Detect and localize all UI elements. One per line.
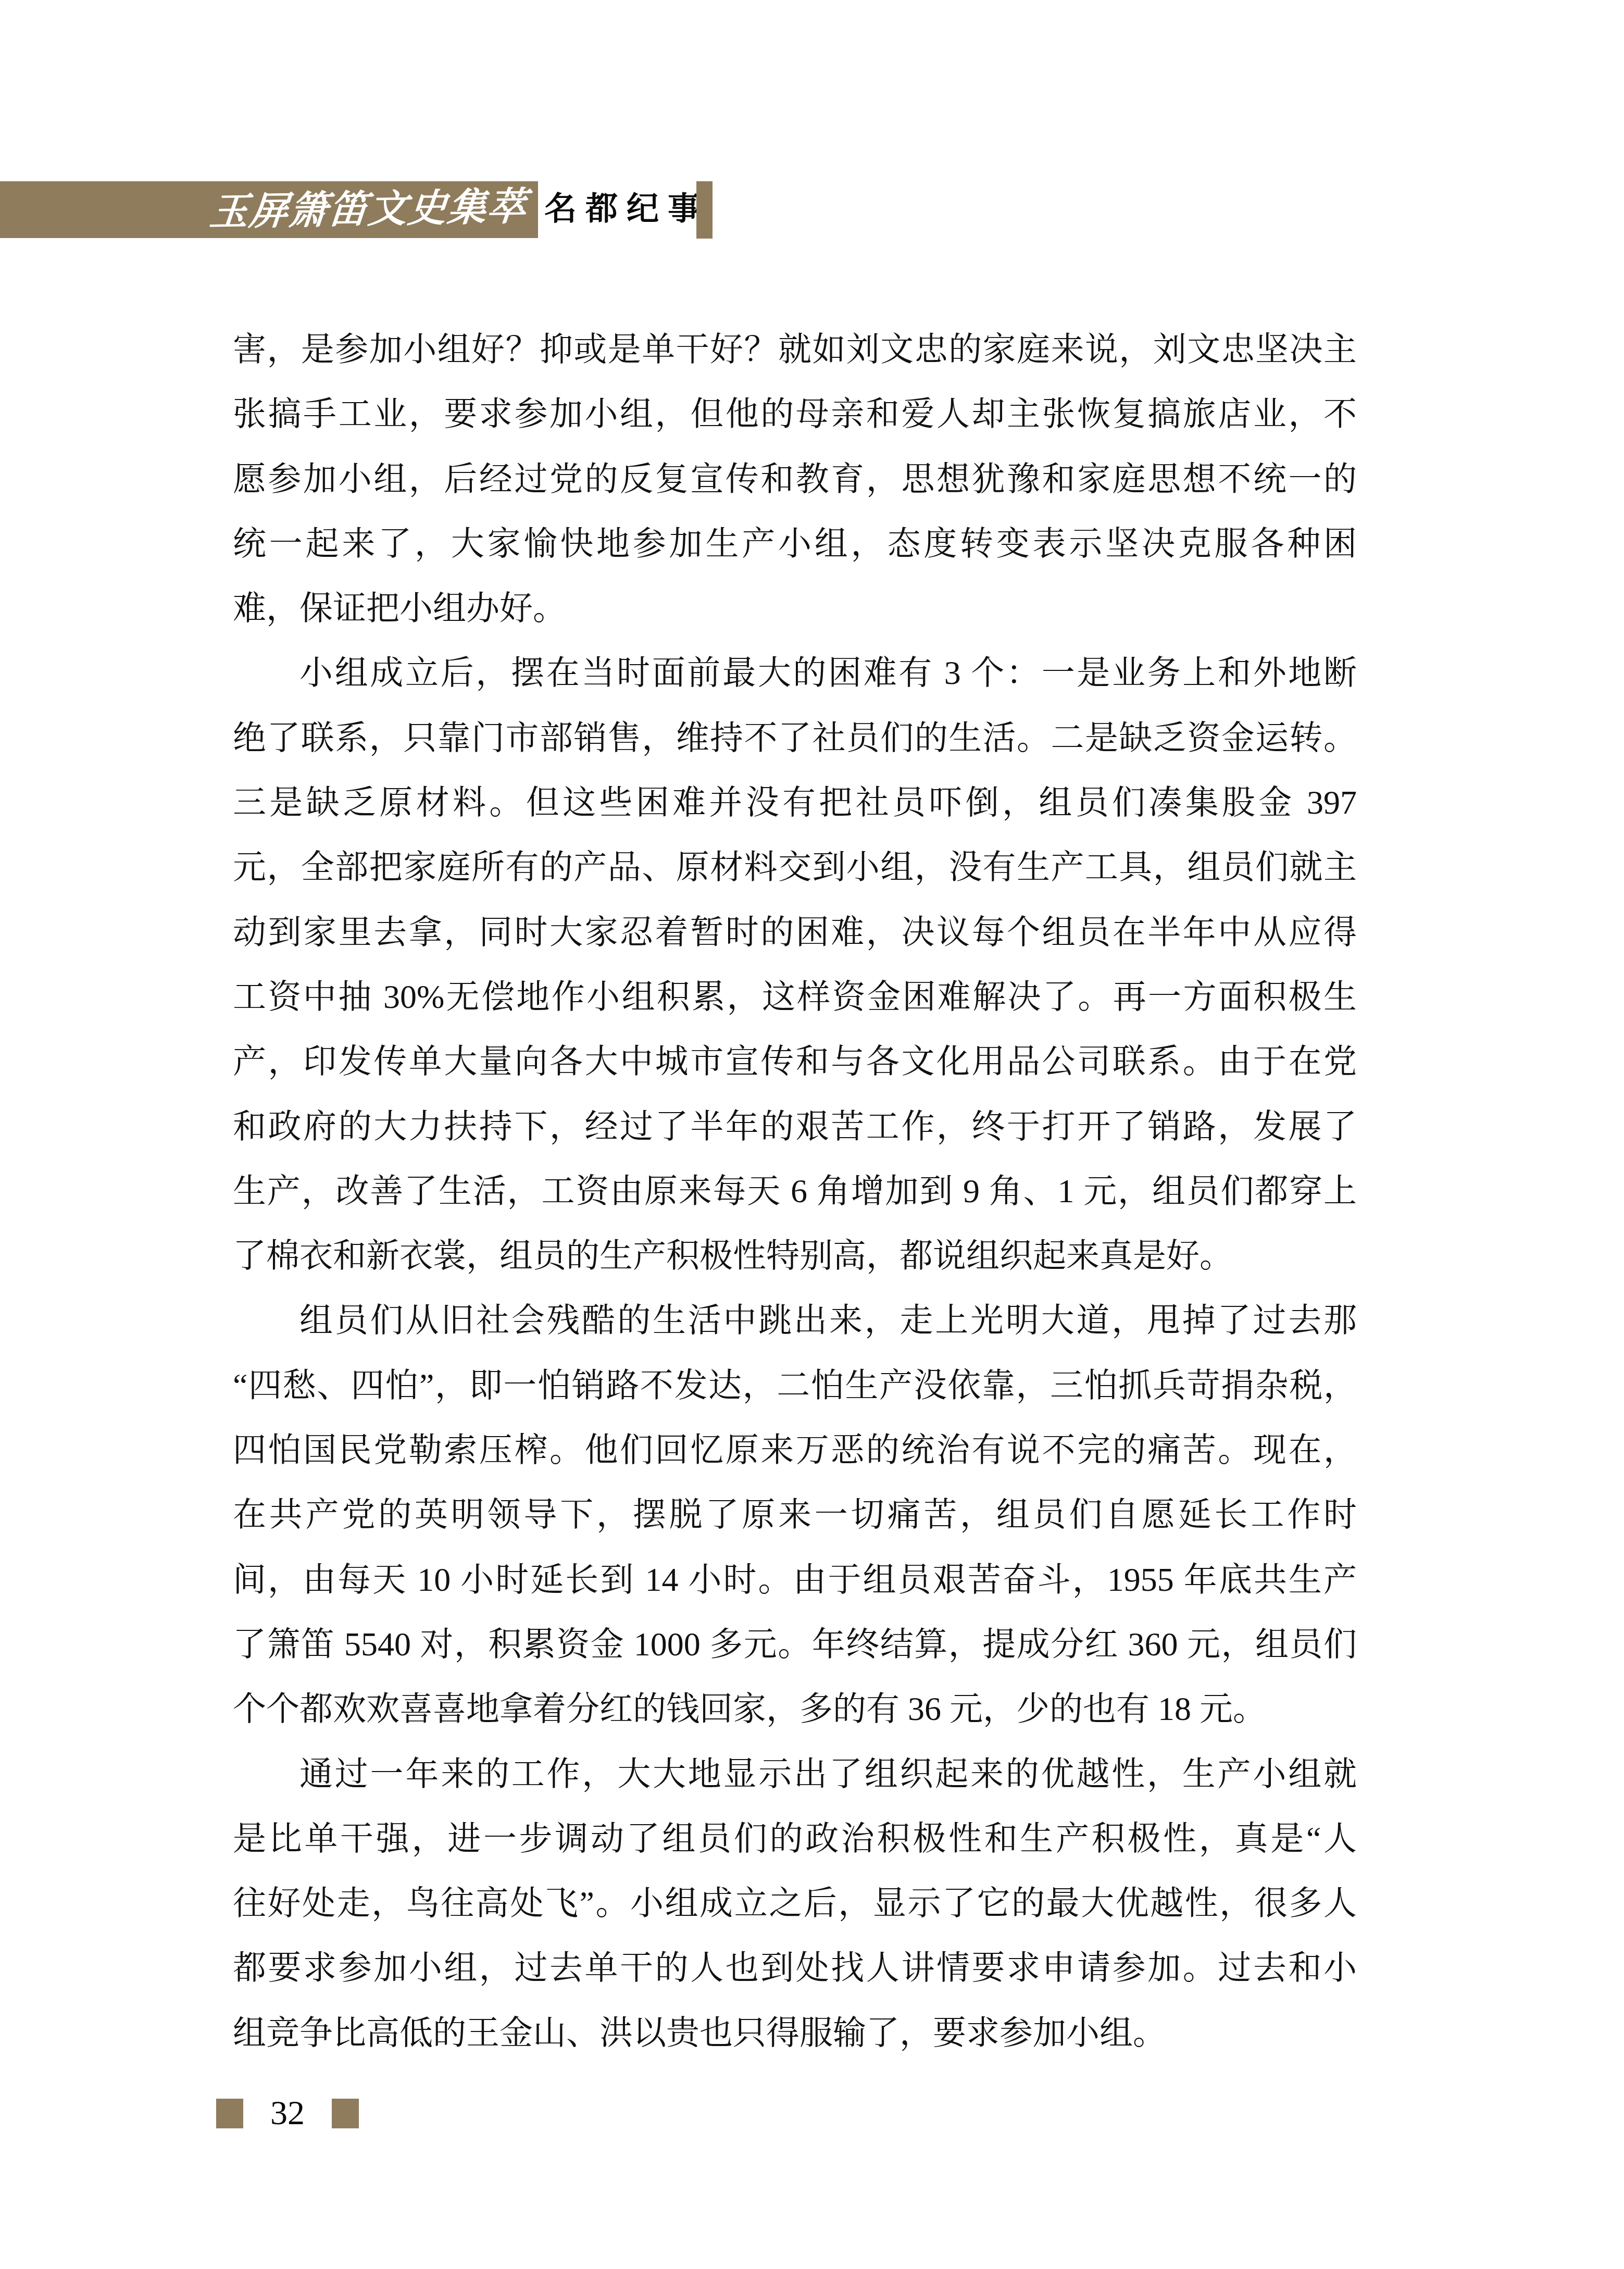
text-line: 元，全部把家庭所有的产品、原材料交到小组，没有生产工具，组员们就主 — [233, 835, 1357, 900]
text-line: 在共产党的英明领导下，摆脱了原来一切痛苦，组员们自愿延长工作时 — [233, 1482, 1357, 1547]
text-line: 小组成立后，摆在当时面前最大的困难有 3 个：一是业务上和外地断 — [233, 641, 1357, 705]
text-line: 四怕国民党勒索压榨。他们回忆原来万恶的统治有说不完的痛苦。现在， — [233, 1418, 1357, 1482]
text-line: 产，印发传单大量向各大中城市宣传和与各文化用品公司联系。由于在党 — [233, 1029, 1357, 1094]
section-title: 名都纪事 — [544, 181, 709, 238]
text-line: 通过一年来的工作，大大地显示出了组织起来的优越性，生产小组就 — [233, 1742, 1357, 1806]
text-line: 三是缺乏原材料。但这些困难并没有把社员吓倒，组员们凑集股金 397 — [233, 770, 1357, 835]
text-line: 愿参加小组，后经过党的反复宣传和教育，思想犹豫和家庭思想不统一的 — [233, 447, 1357, 512]
header-banner: 玉屏箫笛文史集萃 — [0, 181, 538, 238]
text-line: 张搞手工业，要求参加小组，但他的母亲和爱人却主张恢复搞旅店业，不 — [233, 382, 1357, 446]
text-line: 绝了联系，只靠门市部销售，维持不了社员们的生活。二是缺乏资金运转。 — [233, 706, 1357, 770]
text-line: 了箫笛 5540 对，积累资金 1000 多元。年终结算，提成分红 360 元，… — [233, 1612, 1357, 1677]
text-line: “四愁、四怕”，即一怕销路不发达，二怕生产没依靠，三怕抓兵苛捐杂税， — [233, 1353, 1357, 1418]
text-line: 组竞争比高低的王金山、洪以贵也只得服输了，要求参加小组。 — [233, 2001, 1357, 2065]
body-text: 害，是参加小组好？抑或是单干好？就如刘文忠的家庭来说，刘文忠坚决主张搞手工业，要… — [233, 317, 1357, 2065]
text-line: 了棉衣和新衣裳，组员的生产积极性特别高，都说组织起来真是好。 — [233, 1224, 1357, 1288]
text-line: 难，保证把小组办好。 — [233, 576, 1357, 641]
text-line: 工资中抽 30%无偿地作小组积累，这样资金困难解决了。再一方面积极生 — [233, 965, 1357, 1029]
text-line: 往好处走，鸟往高处飞”。小组成立之后，显示了它的最大优越性，很多人 — [233, 1871, 1357, 1936]
text-line: 动到家里去拿，同时大家忍着暂时的困难，决议每个组员在半年中从应得 — [233, 900, 1357, 965]
text-line: 和政府的大力扶持下，经过了半年的艰苦工作，终于打开了销路，发展了 — [233, 1094, 1357, 1159]
text-line: 都要求参加小组，过去单干的人也到处找人讲情要求申请参加。过去和小 — [233, 1936, 1357, 2000]
book-page: 玉屏箫笛文史集萃 名都纪事 害，是参加小组好？抑或是单干好？就如刘文忠的家庭来说… — [0, 0, 1624, 2269]
footer-right-square — [332, 2099, 359, 2128]
banner-calligraphy-title: 玉屏箫笛文史集萃 — [208, 188, 529, 232]
text-line: 间，由每天 10 小时延长到 14 小时。由于组员艰苦奋斗，1955 年底共生产 — [233, 1548, 1357, 1612]
text-line: 害，是参加小组好？抑或是单干好？就如刘文忠的家庭来说，刘文忠坚决主 — [233, 317, 1357, 382]
footer: 32 — [216, 2098, 359, 2128]
text-line: 统一起来了，大家愉快地参加生产小组，态度转变表示坚决克服各种困 — [233, 512, 1357, 576]
header-gold-bar — [696, 181, 713, 239]
text-line: 组员们从旧社会残酷的生活中跳出来，走上光明大道，甩掉了过去那 — [233, 1288, 1357, 1353]
text-line: 是比单干强，进一步调动了组员们的政治积极性和生产积极性，真是“人 — [233, 1806, 1357, 1871]
page-number: 32 — [243, 2098, 332, 2128]
text-line: 生产，改善了生活，工资由原来每天 6 角增加到 9 角、1 元，组员们都穿上 — [233, 1159, 1357, 1224]
footer-left-square — [216, 2099, 243, 2128]
text-line: 个个都欢欢喜喜地拿着分红的钱回家，多的有 36 元，少的也有 18 元。 — [233, 1677, 1357, 1741]
